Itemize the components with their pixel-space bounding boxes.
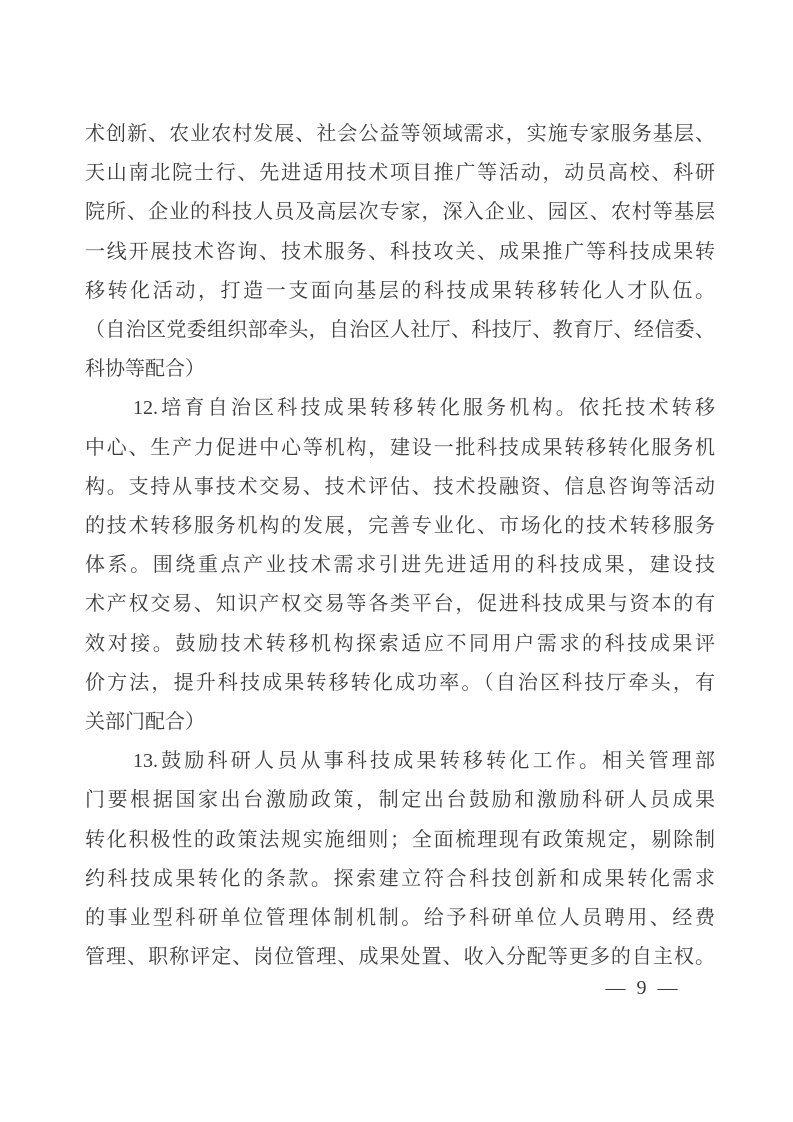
paragraph-item-12: 12.培育自治区科技成果转移转化服务机构。依托技术转移 中心、生产力促进中心等机… bbox=[85, 389, 715, 742]
text-line-item-12-start: 12.培育自治区科技成果转移转化服务机构。依托技术转移 bbox=[85, 389, 715, 428]
document-page: 术创新、农业农村发展、社会公益等领域需求，实施专家服务基层、 天山南北院士行、先… bbox=[0, 0, 793, 1122]
text-line: 管理、职称评定、岗位管理、成果处置、收入分配等更多的自主权。 bbox=[85, 938, 715, 977]
text-line: 天山南北院士行、先进适用技术项目推广等活动，动员高校、科研 bbox=[85, 154, 715, 193]
text-line: 门要根据国家出台激励政策，制定出台鼓励和激励科研人员成果 bbox=[85, 781, 715, 820]
paragraph-item-13: 13.鼓励科研人员从事科技成果转移转化工作。相关管理部 门要根据国家出台激励政策… bbox=[85, 742, 715, 977]
text-line: 移转化活动，打造一支面向基层的科技成果转移转化人才队伍。 bbox=[85, 272, 715, 311]
text-line: 院所、企业的科技人员及高层次专家，深入企业、园区、农村等基层 bbox=[85, 193, 715, 232]
text-line: 一线开展技术咨询、技术服务、科技攻关、成果推广等科技成果转 bbox=[85, 233, 715, 272]
page-number: — 9 — bbox=[595, 976, 691, 1000]
text-line: 体系。围绕重点产业技术需求引进先进适用的科技成果，建设技 bbox=[85, 546, 715, 585]
text-line: 的技术转移服务机构的发展，完善专业化、市场化的技术转移服务 bbox=[85, 507, 715, 546]
text-line: 术产权交易、知识产权交易等各类平台，促进科技成果与资本的有 bbox=[85, 585, 715, 624]
text-line-responsible-departments: 关部门配合） bbox=[85, 703, 715, 742]
paragraph-continuation: 术创新、农业农村发展、社会公益等领域需求，实施专家服务基层、 天山南北院士行、先… bbox=[85, 115, 715, 389]
text-line: 构。支持从事技术交易、技术评估、技术投融资、信息咨询等活动 bbox=[85, 468, 715, 507]
text-line: 中心、生产力促进中心等机构，建设一批科技成果转移转化服务机 bbox=[85, 429, 715, 468]
text-line-responsible-departments: 价方法，提升科技成果转移转化成功率。（自治区科技厅牵头，有 bbox=[85, 664, 715, 703]
text-line: 转化积极性的政策法规实施细则；全面梳理现有政策规定，剔除制 bbox=[85, 821, 715, 860]
text-line: 约科技成果转化的条款。探索建立符合科技创新和成果转化需求 bbox=[85, 860, 715, 899]
text-line-responsible-departments: 科协等配合） bbox=[85, 350, 715, 389]
text-line-responsible-departments: （自治区党委组织部牵头，自治区人社厅、科技厅、教育厅、经信委、 bbox=[85, 311, 715, 350]
text-line: 效对接。鼓励技术转移机构探索适应不同用户需求的科技成果评 bbox=[85, 625, 715, 664]
text-line: 的事业型科研单位管理体制机制。给予科研单位人员聘用、经费 bbox=[85, 899, 715, 938]
text-line: 术创新、农业农村发展、社会公益等领域需求，实施专家服务基层、 bbox=[85, 115, 715, 154]
document-body: 术创新、农业农村发展、社会公益等领域需求，实施专家服务基层、 天山南北院士行、先… bbox=[85, 115, 715, 977]
text-line-item-13-start: 13.鼓励科研人员从事科技成果转移转化工作。相关管理部 bbox=[85, 742, 715, 781]
